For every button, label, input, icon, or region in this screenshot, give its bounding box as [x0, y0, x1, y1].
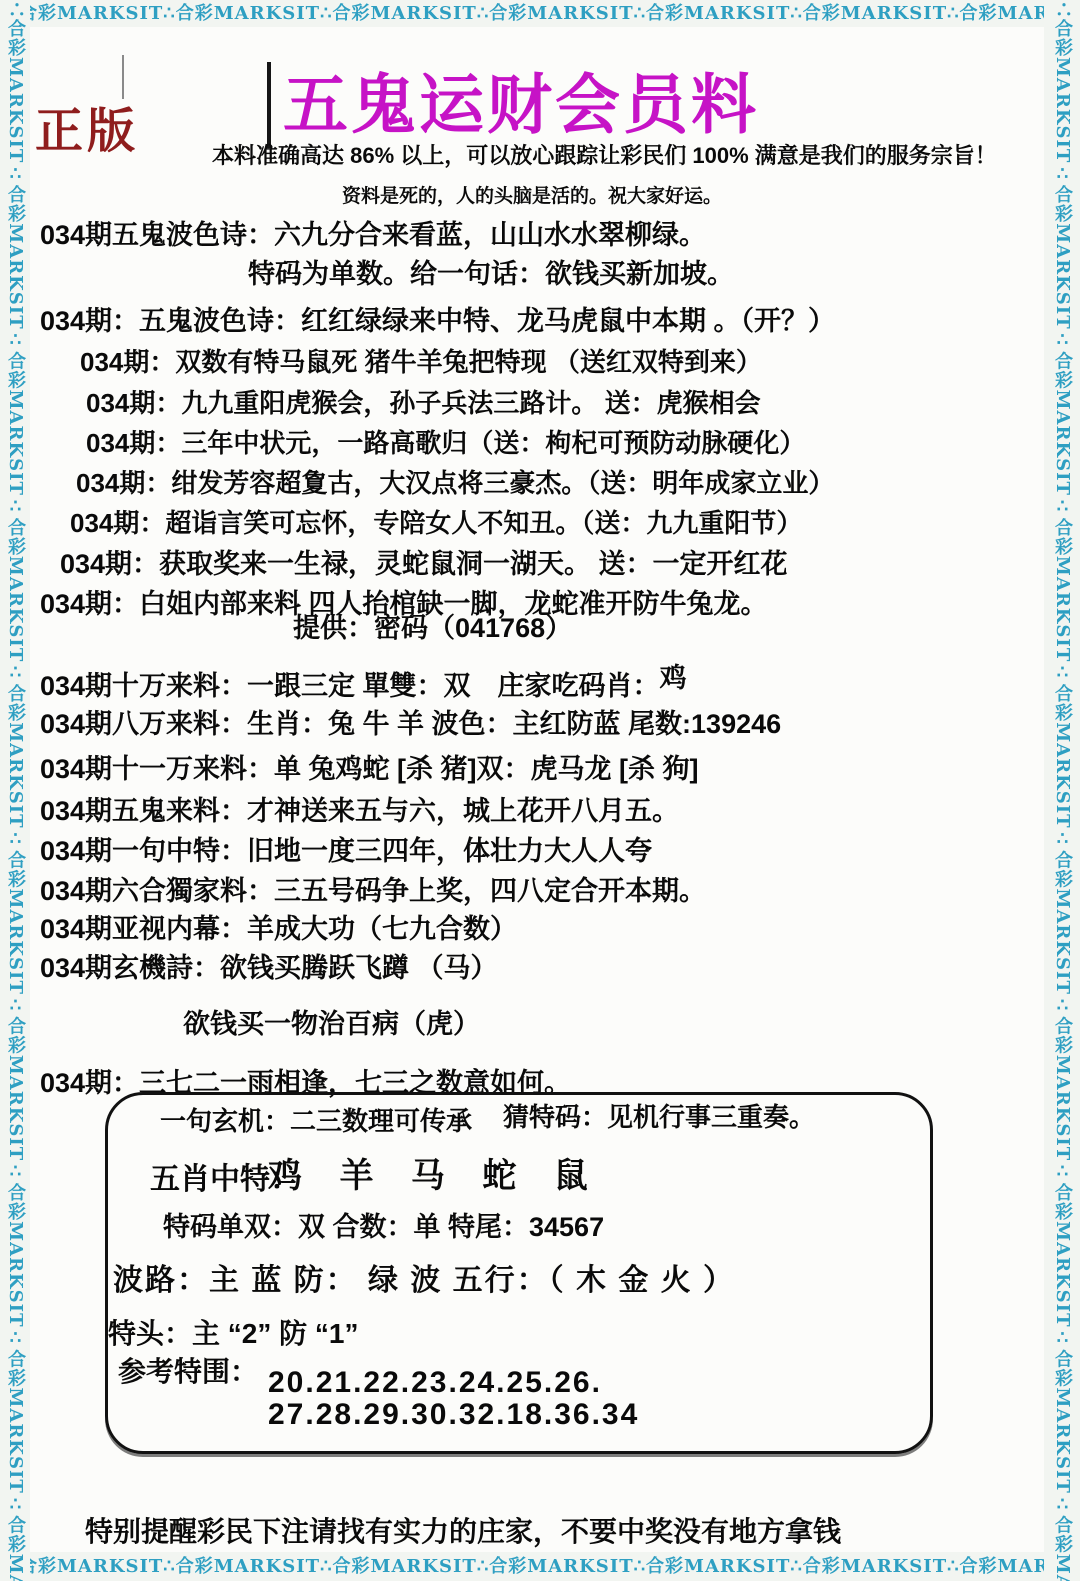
- scan-mark-title: [267, 62, 271, 148]
- tip-line: 034期玄機詩：欲钱买腾跃飞蹲 （马）: [40, 946, 498, 985]
- tip-line: 034期：五鬼波色诗：红红绿绿来中特、龙马虎鼠中本期 。（开？）: [40, 299, 835, 338]
- tip-line: 034期亚视内幕：羊成大功（七九合数）: [40, 907, 517, 946]
- edition-label: 正版: [35, 92, 139, 161]
- border-pattern-left: ∴合彩MARKSIT∴合彩MARKSIT∴合彩MARKSIT∴合彩MARKSIT…: [0, 0, 30, 1581]
- tip-line: 034期八万来料：生肖：兔 牛 羊 波色：主红防蓝 尾数:139246: [40, 702, 781, 741]
- mystery-hint: 一句玄机：二三数理可传承: [160, 1101, 472, 1138]
- parity-line: 特码单双：双 合数：单 特尾：34567: [163, 1205, 604, 1244]
- luck-tagline: 资料是死的，人的头脑是活的。祝大家好运。: [342, 181, 722, 208]
- tip-line: 034期六合獨家料：三五号码争上奖，四八定合开本期。: [40, 869, 706, 908]
- reference-range-label: 参考特围：: [118, 1350, 258, 1390]
- tip-line: 034期：获取奖来一生禄，灵蛇鼠洞一湖天。 送：一定开红花: [60, 542, 788, 581]
- tip-line: 034期：绀发芳容超夐古，大汉点将三豪杰。（送：明年成家立业）: [76, 463, 834, 500]
- tip-sheet-page: ∴合彩MARKSIT∴合彩MARKSIT∴合彩MARKSIT∴合彩MARKSIT…: [0, 0, 1080, 1581]
- tip-line: 034期一句中特：旧地一度三四年，体壮力大人人夸: [40, 829, 652, 868]
- tip-line: 034期：超诣言笑可忘怀，专陪女人不知丑。（送：九九重阳节）: [70, 503, 802, 540]
- tip-line: 034期十万来料：一跟三定 單雙：双 庄家吃码肖：鸡: [40, 656, 687, 703]
- accuracy-tagline: 本料准确高达 86% 以上，可以放心跟踪让彩民们 100% 满意是我们的服务宗旨…: [212, 139, 997, 170]
- reference-range-line2: 27.28.29.30.32.18.36.34: [268, 1398, 639, 1432]
- five-animals-value: 鸡 羊 马 蛇 鼠: [268, 1148, 602, 1197]
- special-head-line: 特头：主 “2” 防 “1”: [108, 1312, 358, 1352]
- tip-line: 034期五鬼波色诗：六九分合来看蓝，山山水水翠柳绿。: [40, 213, 706, 252]
- tip-line: 034期五鬼来料：才神送来五与六，城上花开八月五。: [40, 789, 679, 828]
- tip-line: 欲钱买一物治百病（虎）: [183, 1002, 480, 1041]
- provider-password-line: 提供：密码（041768）: [293, 606, 572, 645]
- tip-line: 034期十一万来料：单 兔鸡蛇 [杀 猪]双：虎马龙 [杀 狗]: [40, 747, 699, 786]
- border-pattern-right: ∴合彩MARKSIT∴合彩MARKSIT∴合彩MARKSIT∴合彩MARKSIT…: [1044, 0, 1080, 1581]
- reference-range-line1: 20.21.22.23.24.25.26.: [268, 1366, 602, 1400]
- tip-line: 034期：三年中状元，一路高歌归（送：枸杞可预防动脉硬化）: [86, 423, 805, 460]
- guess-special-hint: 猜特码：见机行事三重奏。: [503, 1097, 815, 1134]
- wave-line: 波路：主 蓝 防： 绿 波 五行：（ 木 金 火 ）: [113, 1255, 735, 1299]
- bettor-warning: 特别提醒彩民下注请找有实力的庄家，不要中奖没有地方拿钱: [85, 1510, 841, 1550]
- tip-line: 034期：九九重阳虎猴会，孙子兵法三路计。 送：虎猴相会: [86, 383, 761, 420]
- tip-line: 034期：双数有特马鼠死 猪牛羊兔把特现 （送红双特到来）: [80, 342, 762, 379]
- zodiac-superscript: 鸡: [660, 663, 687, 693]
- border-pattern-top: ∴合彩MARKSIT∴合彩MARKSIT∴合彩MARKSIT∴合彩MARKSIT…: [0, 0, 1080, 27]
- tip-line: 特码为单数。给一句话：欲钱买新加坡。: [248, 252, 734, 291]
- page-title: 五鬼运财会员料: [283, 52, 759, 146]
- tip-line-text: 034期十万来料：一跟三定 單雙：双 庄家吃码肖：: [40, 671, 660, 701]
- border-pattern-bottom: ∴合彩MARKSIT∴合彩MARKSIT∴合彩MARKSIT∴合彩MARKSIT…: [0, 1552, 1080, 1581]
